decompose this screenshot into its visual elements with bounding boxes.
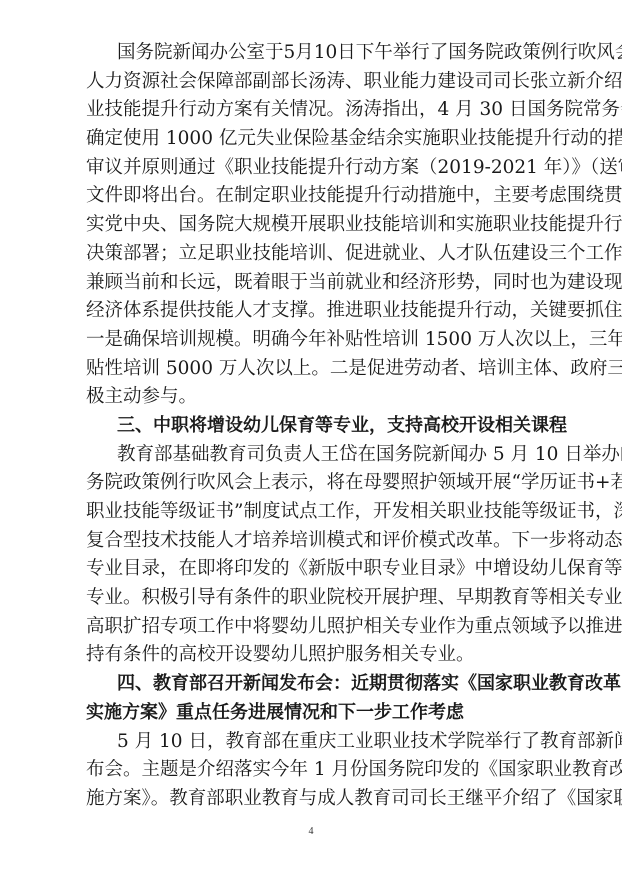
paragraph-line: 贴性培训 5000 万人次以上。二是促进劳动者、培训主体、政府三方积 (86, 355, 558, 384)
paragraph-line: 高职扩招专项工作中将婴幼儿照护相关专业作为重点领域予以推进。支 (86, 613, 558, 642)
page-number: 4 (0, 826, 622, 837)
paragraph-line: 兼顾当前和长远，既着眼于当前就业和经济形势，同时也为建设现代化 (86, 269, 558, 298)
document-page: 国务院新闻办公室于5月10日下午举行了国务院政策例行吹风会， 人力资源社会保障部… (0, 0, 622, 877)
paragraph-line: 文件即将出台。在制定职业技能提升行动措施中，主要考虑围绕贯彻落 (86, 182, 558, 211)
section-heading-4: 四、教育部召开新闻发布会：近期贯彻落实《国家职业教育改革 (86, 670, 558, 699)
paragraph-line: 决策部署；立足职业技能培训、促进就业、人才队伍建设三个工作维度； (86, 240, 558, 269)
paragraph-line: 5 月 10 日，教育部在重庆工业职业技术学院举行了教育部新闻发 (86, 728, 558, 757)
paragraph-line: 务院政策例行吹风会上表示，将在母婴照护领域开展“学历证书+若干 (86, 469, 558, 498)
paragraph-line: 施方案》。教育部职业教育与成人教育司司长王继平介绍了《国家职业 (86, 785, 558, 814)
paragraph-line: 一是确保培训规模。明确今年补贴性培训 1500 万人次以上，三年内补 (86, 326, 558, 355)
document-body: 国务院新闻办公室于5月10日下午举行了国务院政策例行吹风会， 人力资源社会保障部… (86, 39, 558, 814)
paragraph-line: 职业技能等级证书”制度试点工作，开发相关职业技能等级证书，深化 (86, 498, 558, 527)
paragraph-line: 复合型技术技能人才培养培训模式和评价模式改革。下一步将动态调整 (86, 527, 558, 556)
paragraph-line: 布会。主题是介绍落实今年 1 月份国务院印发的《国家职业教育改革实 (86, 756, 558, 785)
paragraph-line: 审议并原则通过《职业技能提升行动方案（2019-2021 年）》（送审稿）， (86, 154, 558, 183)
paragraph-line: 确定使用 1000 亿元失业保险基金结余实施职业技能提升行动的措施， (86, 125, 558, 154)
paragraph-line: 实党中央、国务院大规模开展职业技能培训和实施职业技能提升行动的 (86, 211, 558, 240)
section-heading-4-cont: 实施方案》重点任务进展情况和下一步工作考虑 (86, 699, 558, 728)
section-heading-3: 三、中职将增设幼儿保育等专业，支持高校开设相关课程 (86, 412, 558, 441)
paragraph-line: 持有条件的高校开设婴幼儿照护服务相关专业。 (86, 641, 558, 670)
paragraph-line: 业技能提升行动方案有关情况。汤涛指出，4 月 30 日国务院常务会议 (86, 96, 558, 125)
paragraph-line: 极主动参与。 (86, 383, 558, 412)
paragraph-line: 经济体系提供技能人才支撑。推进职业技能提升行动，关键要抓住两点： (86, 297, 558, 326)
paragraph-line: 专业。积极引导有条件的职业院校开展护理、早期教育等相关专业。在 (86, 584, 558, 613)
paragraph-line: 教育部基础教育司负责人王岱在国务院新闻办 5 月 10 日举办的国 (86, 441, 558, 470)
paragraph-line: 国务院新闻办公室于5月10日下午举行了国务院政策例行吹风会， (86, 39, 558, 68)
paragraph-line: 专业目录，在即将印发的《新版中职专业目录》中增设幼儿保育等相关 (86, 555, 558, 584)
paragraph-line: 人力资源社会保障部副部长汤涛、职业能力建设司司长张立新介绍了职 (86, 68, 558, 97)
